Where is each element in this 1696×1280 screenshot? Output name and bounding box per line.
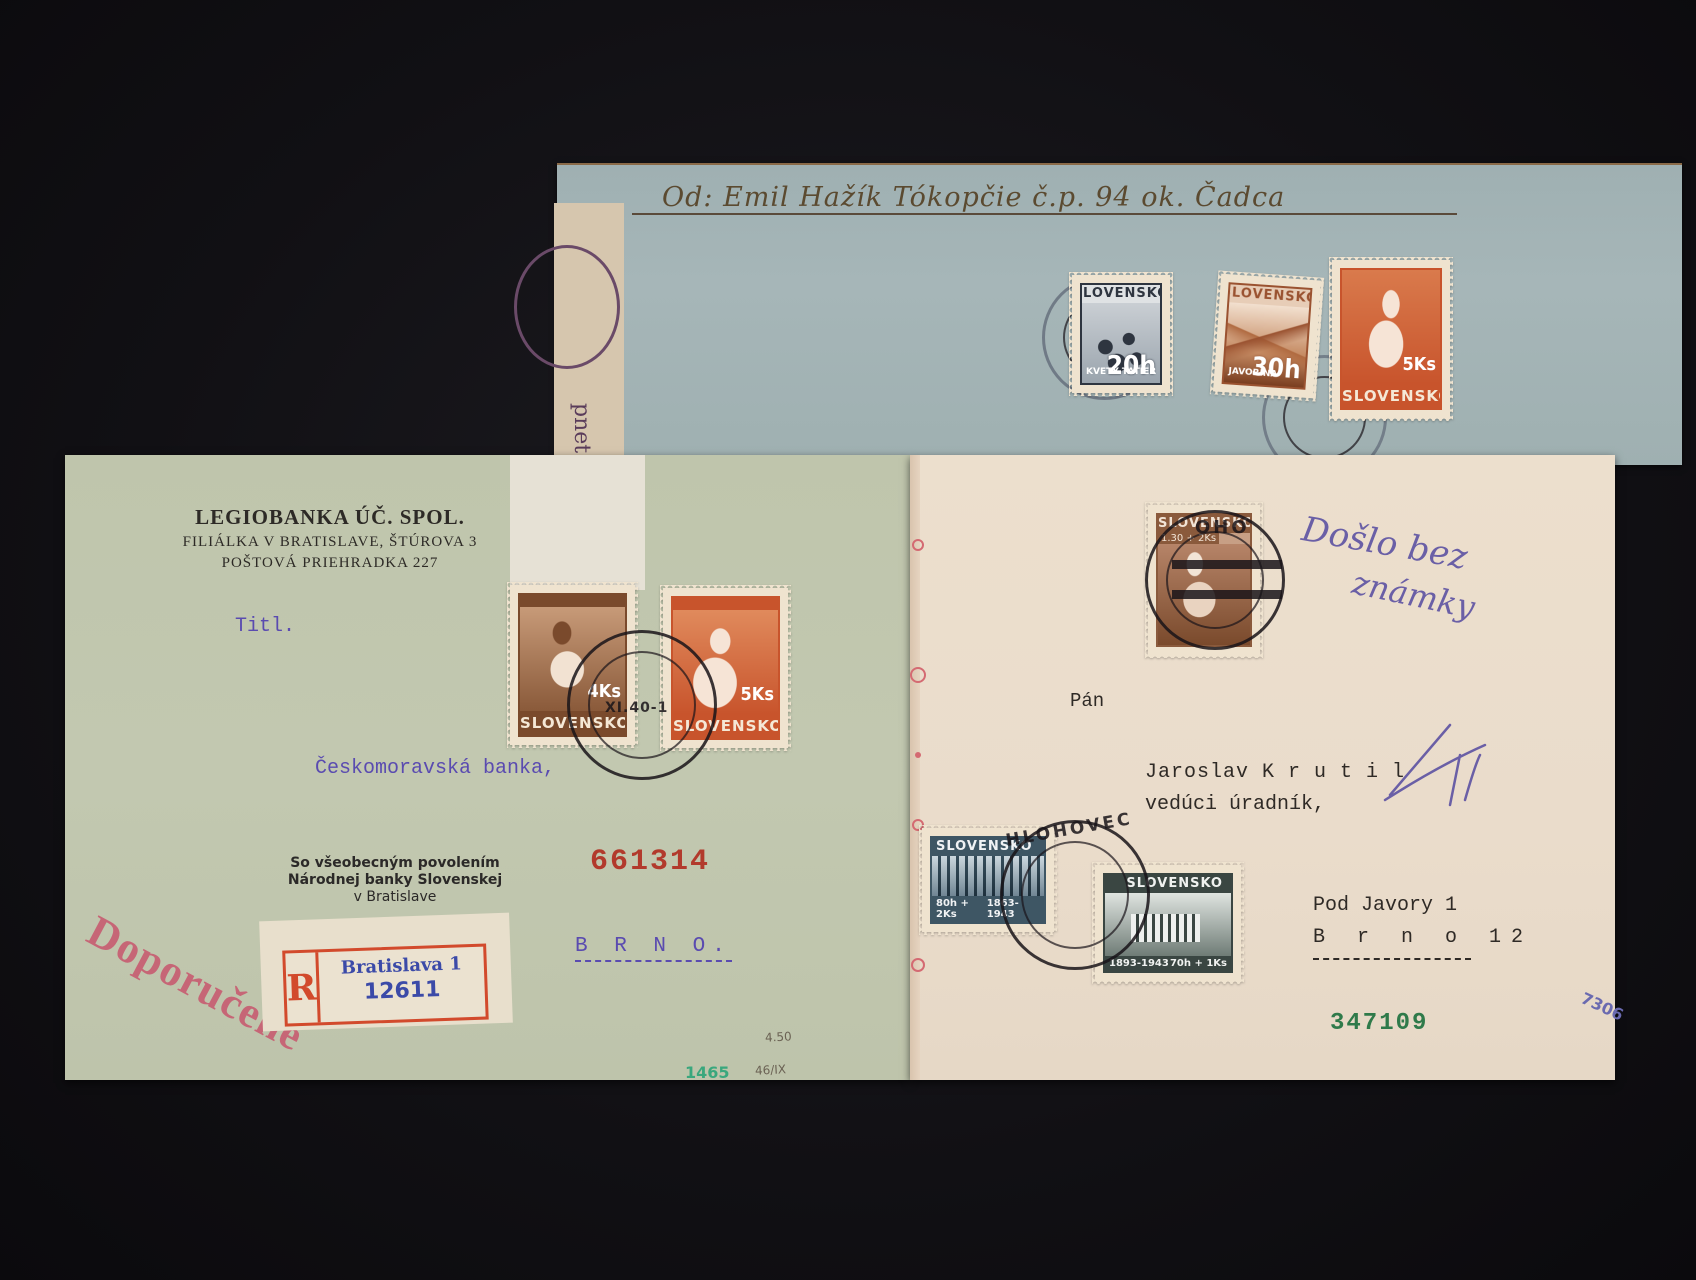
handwritten-signature xyxy=(1380,705,1490,815)
cover-top-envelope: Od: Emil Hažík Tókopčie č.p. 94 ok. Čadc… xyxy=(557,163,1682,465)
stamp-value: 70h + 1Ks xyxy=(1170,958,1227,969)
registration-label: R Bratislava 1 12611 xyxy=(259,913,513,1032)
green-control-number: 347109 xyxy=(1330,1010,1428,1037)
stamp-years: 1893-1943 xyxy=(1109,958,1169,969)
censor-tape: pnet xyxy=(554,203,624,465)
green-inventory-number: 1465 xyxy=(685,1063,730,1082)
addressee-position: vedúci úradník, xyxy=(1145,789,1405,821)
sender-handwriting: Od: Emil Hažík Tókopčie č.p. 94 ok. Čadc… xyxy=(632,183,1457,215)
blue-number-stamp: 7306 xyxy=(1578,988,1626,1024)
address-lines: Pod Javory 1 B r n o 12 xyxy=(1313,890,1533,960)
stamp-value: 80h + 2Ks xyxy=(936,898,987,920)
cover-left-envelope: LEGIOBANKA ÚČ. SPOL. FILIÁLKA V BRATISLA… xyxy=(65,455,910,1080)
red-control-number: 661314 xyxy=(590,845,710,879)
registration-r: R xyxy=(285,952,320,1023)
addressee-title-pan: Pán xyxy=(1070,690,1104,712)
cover-right-envelope: SLOVENSKO 1.30 + 2Ks OHO Pán Jaroslav K … xyxy=(910,455,1615,1080)
salutation: Titl. xyxy=(235,615,295,638)
postmark-bar xyxy=(1172,590,1282,599)
destination-city: B R N O. xyxy=(575,935,732,962)
letterhead-bank-name: LEGIOBANKA ÚČ. SPOL. xyxy=(65,505,595,530)
addressee-bank: Českomoravská banka, xyxy=(315,757,555,780)
censor-circle-stamp xyxy=(514,245,620,369)
postmark-bratislava-date: XI.40-1 xyxy=(605,700,668,716)
pencil-price-note: 4.50 xyxy=(765,1029,792,1044)
postmark-bar xyxy=(1172,560,1282,569)
addressee-block: Jaroslav K r u t i l vedúci úradník, xyxy=(1145,757,1405,821)
stamp-5ks-folk-woman: SLOVENSKO 5Ks xyxy=(1332,260,1450,418)
address-underline xyxy=(1313,954,1471,960)
registration-number: 12611 xyxy=(319,976,485,1007)
street: Pod Javory 1 xyxy=(1313,890,1533,922)
stamp-20h-kvety-tatier: SLOVENSKO 20h KVETY TATIER xyxy=(1072,275,1170,393)
handwritten-note: Došlo bez známky xyxy=(1300,535,1600,627)
letterhead: LEGIOBANKA ÚČ. SPOL. FILIÁLKA V BRATISLA… xyxy=(65,505,595,572)
pencil-ref-note: 46/IX xyxy=(755,1062,787,1078)
city: B r n o 12 xyxy=(1313,922,1533,954)
registration-office: Bratislava 1 xyxy=(318,953,484,980)
postmark-oho-town: OHO xyxy=(1195,517,1250,538)
letterhead-po-box: POŠTOVÁ PRIEHRADKA 227 xyxy=(65,555,595,572)
censor-tape-marks xyxy=(910,525,926,1025)
stamp-band: SLOVENSKO xyxy=(1342,384,1440,408)
letterhead-branch: FILIÁLKA V BRATISLAVE, ŠTÚROVA 3 xyxy=(65,534,595,551)
permit-handstamp: So všeobecným povolením Národnej banky S… xyxy=(255,855,535,906)
stamp-30h-javorina: SLOVENSKO 30h JAVORINA xyxy=(1213,274,1321,399)
addressee-name: Jaroslav K r u t i l xyxy=(1145,757,1405,789)
censor-tape-text: pnet xyxy=(569,403,594,453)
